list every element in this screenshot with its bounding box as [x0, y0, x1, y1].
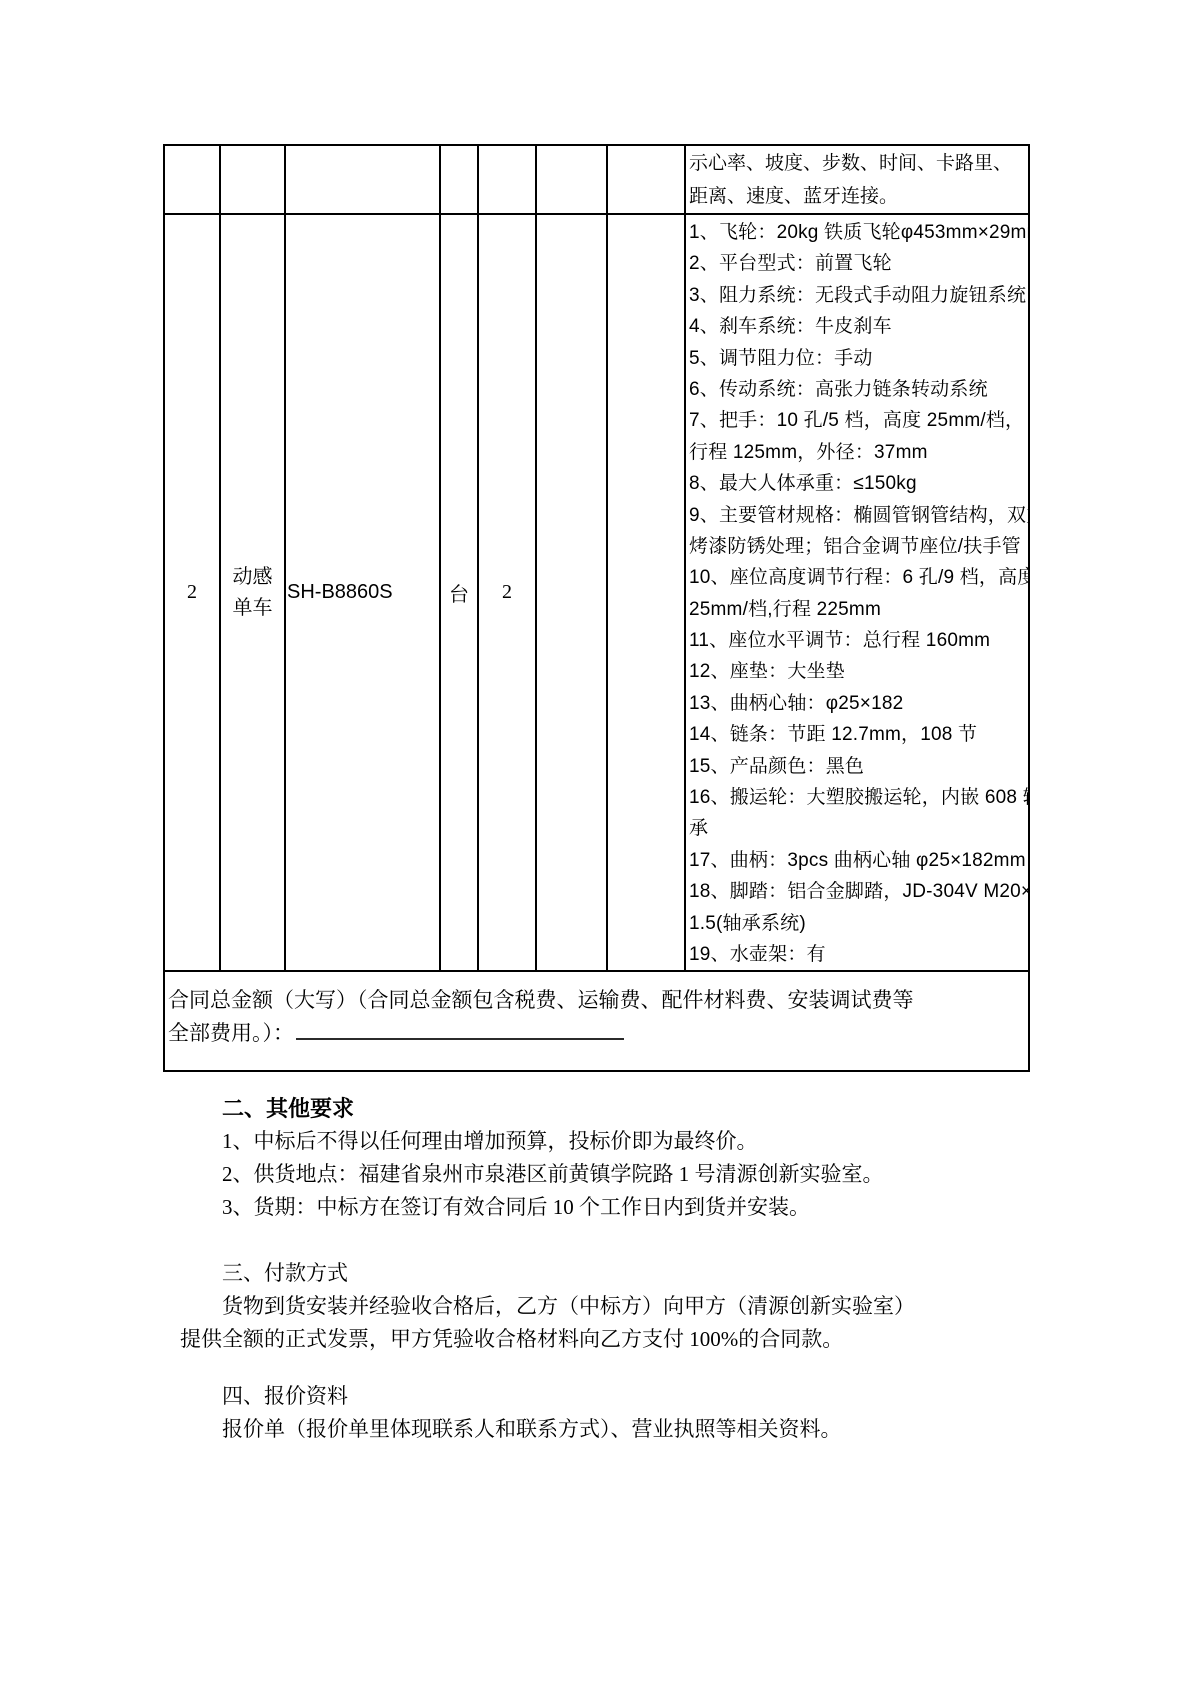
section-heading-other-requirements: 二、其他要求: [180, 1092, 1060, 1125]
total-price-cell-empty: [607, 214, 685, 971]
spec-text-line: 6、传动系统：高张力链条转动系统: [689, 374, 1028, 405]
spec-text-line: 25mm/档,行程 225mm: [689, 594, 1028, 625]
qty-cell: 2: [478, 214, 536, 971]
item-name-line: 动感: [221, 562, 284, 593]
unit-cell: 台: [440, 214, 478, 971]
contract-total-text-line1: 合同总金额（大写）（合同总金额包含税费、运输费、配件材料费、安装调试费等: [168, 984, 1028, 1017]
spec-list-cell: 1、飞轮：20kg 铁质飞轮φ453mm×29mm2、平台型式：前置飞轮3、阻力…: [685, 214, 1029, 971]
other-requirements-list: 1、中标后不得以任何理由增加预算，投标价即为最终价。2、供货地点：福建省泉州市泉…: [180, 1125, 1060, 1224]
section-heading-quotation: 四、报价资料: [180, 1380, 1060, 1413]
spec-text-line: 18、脚踏：铝合金脚踏，JD-304V M20×: [689, 876, 1028, 907]
contract-total-text-line2-prefix: 全部费用。）：: [168, 1021, 294, 1045]
spec-text-line: 1.5(轴承系统): [689, 908, 1028, 939]
unit-cell-empty: [440, 145, 478, 214]
spec-text-line: 8、最大人体承重：≤150kg: [689, 468, 1028, 499]
spec-text-line: 15、产品颜色：黑色: [689, 751, 1028, 782]
spec-text-line: 14、链条：节距 12.7mm，108 节: [689, 719, 1028, 750]
spec-text-line: 10、座位高度调节行程：6 孔/9 档，高度: [689, 562, 1028, 593]
amount-fill-in-blank: [296, 1037, 624, 1040]
requirement-item: 3、货期：中标方在签订有效合同后 10 个工作日内到货并安装。: [180, 1191, 1060, 1224]
table-row-continued: 示心率、坡度、步数、时间、卡路里、距离、速度、蓝牙连接。: [164, 145, 1029, 214]
spec-text-line: 4、刹车系统：牛皮刹车: [689, 311, 1028, 342]
table-row-contract-total: 合同总金额（大写）（合同总金额包含税费、运输费、配件材料费、安装调试费等 全部费…: [164, 971, 1029, 1071]
name-cell: 动感单车: [220, 214, 285, 971]
name-cell-empty: [220, 145, 285, 214]
requirement-item: 2、供货地点：福建省泉州市泉港区前黄镇学院路 1 号清源创新实验室。: [180, 1158, 1060, 1191]
section-heading-payment: 三、付款方式: [180, 1257, 1060, 1290]
spec-text-line: 7、把手：10 孔/5 档，高度 25mm/档，: [689, 405, 1028, 436]
spec-text-line: 距离、速度、蓝牙连接。: [689, 181, 1028, 214]
empty-cell: [607, 145, 685, 214]
spec-text-line: 9、主要管材规格：椭圆管钢管结构，双重: [689, 500, 1028, 531]
unit-price-cell-empty: [536, 214, 607, 971]
model-cell-empty: [285, 145, 440, 214]
seq-cell-empty: [164, 145, 220, 214]
contract-total-cell: 合同总金额（大写）（合同总金额包含税费、运输费、配件材料费、安装调试费等 全部费…: [164, 971, 1029, 1071]
empty-cell: [536, 145, 607, 214]
payment-body-line2: 提供全额的正式发票，甲方凭验收合格材料向乙方支付 100%的合同款。: [180, 1323, 1060, 1356]
spec-continuation-cell: 示心率、坡度、步数、时间、卡路里、距离、速度、蓝牙连接。: [685, 145, 1029, 214]
spec-text-line: 17、曲柄：3pcs 曲柄心轴 φ25×182mm: [689, 845, 1028, 876]
spec-text-line: 16、搬运轮：大塑胶搬运轮，内嵌 608 轴: [689, 782, 1028, 813]
bottom-sections: 二、其他要求 1、中标后不得以任何理由增加预算，投标价即为最终价。2、供货地点：…: [180, 1092, 1060, 1446]
spec-text-line: 19、水壶架：有: [689, 939, 1028, 970]
spec-text-line: 11、座位水平调节：总行程 160mm: [689, 625, 1028, 656]
equipment-spec-table: 示心率、坡度、步数、时间、卡路里、距离、速度、蓝牙连接。 2 动感单车 SH-B…: [163, 144, 1030, 1072]
table-row-item-2: 2 动感单车 SH-B8860S 台 2 1、飞轮：20kg 铁质飞轮φ453m…: [164, 214, 1029, 971]
model-cell: SH-B8860S: [285, 214, 440, 971]
spec-text-line: 1、飞轮：20kg 铁质飞轮φ453mm×29mm: [689, 217, 1028, 248]
qty-cell-empty: [478, 145, 536, 214]
spec-text-line: 烤漆防锈处理；铝合金调节座位/扶手管: [689, 531, 1028, 562]
spec-text-line: 2、平台型式：前置飞轮: [689, 248, 1028, 279]
spec-text-line: 行程 125mm，外径：37mm: [689, 437, 1028, 468]
spec-text-line: 承: [689, 813, 1028, 844]
spec-text-line: 12、座垫：大坐垫: [689, 656, 1028, 687]
spec-text-line: 3、阻力系统：无段式手动阻力旋钮系统: [689, 280, 1028, 311]
spec-text-line: 13、曲柄心轴：φ25×182: [689, 688, 1028, 719]
requirement-item: 1、中标后不得以任何理由增加预算，投标价即为最终价。: [180, 1125, 1060, 1158]
item-name-line: 单车: [221, 593, 284, 624]
payment-body-line1: 货物到货安装并经验收合格后，乙方（中标方）向甲方（清源创新实验室）: [180, 1290, 1060, 1323]
seq-cell: 2: [164, 214, 220, 971]
quotation-body: 报价单（报价单里体现联系人和联系方式）、营业执照等相关资料。: [180, 1413, 1060, 1446]
contract-total-text-line2: 全部费用。）：: [168, 1017, 1028, 1050]
spec-text-line: 5、调节阻力位：手动: [689, 343, 1028, 374]
document-page: { "table": { "continued_row": { "spec_li…: [0, 0, 1191, 1684]
spec-text-line: 示心率、坡度、步数、时间、卡路里、: [689, 148, 1028, 181]
